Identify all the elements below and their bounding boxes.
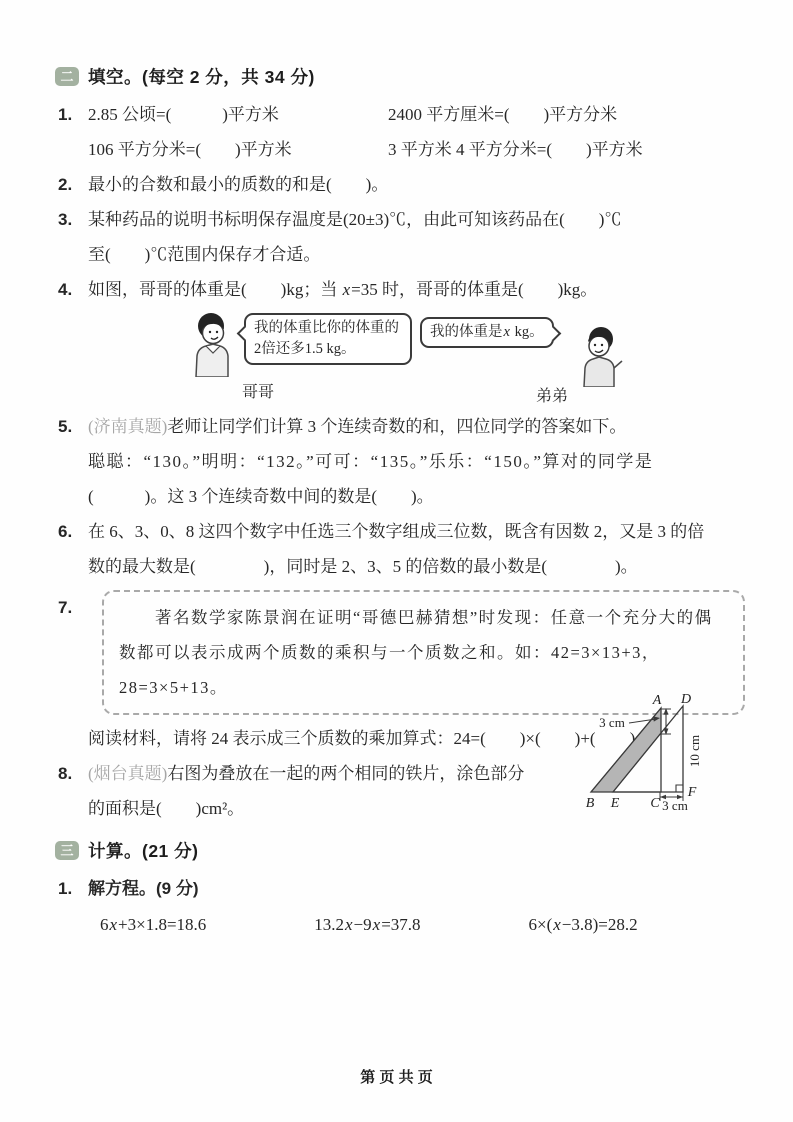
question-1-number: 1. xyxy=(58,97,72,132)
vertex-label-b: B xyxy=(586,796,595,811)
question-4-text: 如图，哥哥的体重是( )kg；当 x=35 时，哥哥的体重是( )kg。 xyxy=(88,272,747,307)
overlapping-triangles-figure: A D B E C F 3 cm 10 cm 3 cm xyxy=(585,694,743,812)
vertex-label-c: C xyxy=(650,796,660,811)
question-5-line-3: ( )。这 3 个连续奇数中间的数是( )。 xyxy=(88,479,747,514)
calc-question-1-number: 1. xyxy=(58,871,72,906)
calc-section-title: 计算。(21 分) xyxy=(88,838,198,863)
equations-row: 6x+3×1.8=18.6 13.2x−9x=37.8 6×(x−3.8)=28… xyxy=(100,906,747,944)
vertex-label-f: F xyxy=(687,785,697,800)
page-footer: 第 页 共 页 xyxy=(0,1066,793,1087)
question-1: 1. 2.85 公顷=( )平方米 2400 平方厘米=( )平方分米 106 … xyxy=(55,97,747,167)
dimension-ap: 3 cm xyxy=(599,715,625,730)
equation-1: 6x+3×1.8=18.6 xyxy=(100,906,310,944)
older-brother-speech-bubble: 我的体重比你的体重的2倍还多1.5 kg。 xyxy=(244,313,412,365)
question-6-line-2: 数的最大数是( )，同时是 2、3、5 的倍数的最小数是( )。 xyxy=(88,549,747,584)
calc-section-header: 三 计算。(21 分) xyxy=(55,838,747,863)
question-2-number: 2. xyxy=(58,167,72,202)
question-5: 5. (济南真题)老师让同学们计算 3 个连续奇数的和，四位同学的答案如下。 聪… xyxy=(55,409,747,514)
question-4: 4. 如图，哥哥的体重是( )kg；当 x=35 时，哥哥的体重是( )kg。 … xyxy=(55,272,747,407)
worksheet-page: 二 填空。(每空 2 分，共 34 分) 1. 2.85 公顷=( )平方米 2… xyxy=(0,0,793,1122)
question-3-number: 3. xyxy=(58,202,72,237)
question-1-row-1: 2.85 公顷=( )平方米 2400 平方厘米=( )平方分米 xyxy=(88,97,747,132)
vertex-label-e: E xyxy=(610,796,620,811)
question-6: 6. 在 6、3、0、8 这四个数字中任选三个数字组成三位数，既含有因数 2，又… xyxy=(55,514,747,584)
fill-section-header: 二 填空。(每空 2 分，共 34 分) xyxy=(55,64,747,89)
older-brother-speech-text: 我的体重比你的体重的2倍还多1.5 kg。 xyxy=(254,320,399,357)
question-8-source-tag: (烟台真题) xyxy=(88,764,167,783)
question-6-line-1: 在 6、3、0、8 这四个数字中任选三个数字组成三位数，既含有因数 2，又是 3… xyxy=(88,514,747,549)
question-5-line-1: (济南真题)老师让同学们计算 3 个连续奇数的和，四位同学的答案如下。 xyxy=(88,409,747,444)
fill-section-title: 填空。(每空 2 分，共 34 分) xyxy=(88,64,315,89)
dimension-cf: 3 cm xyxy=(662,798,688,812)
question-4-number: 4. xyxy=(58,272,72,307)
older-brother-label: 哥哥 xyxy=(242,379,274,402)
younger-brother-speech-text: 我的体重是x kg。 xyxy=(430,324,544,340)
dimension-df: 10 cm xyxy=(687,735,702,767)
q1-item-2: 2400 平方厘米=( )平方分米 xyxy=(388,97,617,132)
speech-tail-right xyxy=(545,326,561,342)
question-8-text-1: 右图为叠放在一起的两个相同的铁片，涂色部分 xyxy=(167,764,524,783)
question-5-text-1: 老师让同学们计算 3 个连续奇数的和，四位同学的答案如下。 xyxy=(167,417,626,436)
equation-3: 6×(x−3.8)=28.2 xyxy=(529,906,638,944)
question-5-number: 5. xyxy=(58,409,72,444)
vertex-label-d: D xyxy=(680,694,691,707)
older-brother-avatar xyxy=(184,311,238,382)
q1-item-4: 3 平方米 4 平方分米=( )平方米 xyxy=(388,132,643,167)
younger-brother-avatar xyxy=(576,325,626,392)
question-6-number: 6. xyxy=(58,514,72,549)
question-2: 2. 最小的合数和最小的质数的和是( )。 xyxy=(55,167,747,202)
speech-tail-left xyxy=(237,326,253,342)
section-badge-2: 二 xyxy=(55,67,79,86)
question-7-number: 7. xyxy=(58,590,72,625)
question-8-number: 8. xyxy=(58,756,72,791)
q1-item-1: 2.85 公顷=( )平方米 xyxy=(88,97,388,132)
question-3-line-2: 至( )℃范围内保存才合适。 xyxy=(88,237,747,272)
question-8-line-1: (烟台真题)右图为叠放在一起的两个相同的铁片，涂色部分 xyxy=(88,756,608,791)
vertex-label-a: A xyxy=(652,694,662,708)
question-3-line-1: 某种药品的说明书标明保存温度是(20±3)℃，由此可知该药品在( )℃ xyxy=(88,202,747,237)
question-5-line-2: 聪聪：“130。”明明：“132。”可可：“135。”乐乐：“150。”算对的同… xyxy=(88,444,747,479)
section-badge-3: 三 xyxy=(55,841,79,860)
calc-question-1: 1. 解方程。(9 分) 6x+3×1.8=18.6 13.2x−9x=37.8… xyxy=(55,871,747,944)
question-3: 3. 某种药品的说明书标明保存温度是(20±3)℃，由此可知该药品在( )℃ 至… xyxy=(55,202,747,272)
question-1-row-2: 106 平方分米=( )平方米 3 平方米 4 平方分米=( )平方米 xyxy=(88,132,747,167)
younger-brother-speech-bubble: 我的体重是x kg。 xyxy=(420,317,554,348)
equation-2: 13.2x−9x=37.8 xyxy=(314,906,524,944)
q1-item-3: 106 平方分米=( )平方米 xyxy=(88,132,388,167)
question-5-source-tag: (济南真题) xyxy=(88,417,167,436)
question-4-illustration: 我的体重比你的体重的2倍还多1.5 kg。 我的体重是x kg。 哥哥 xyxy=(184,311,654,407)
question-2-text: 最小的合数和最小的质数的和是( )。 xyxy=(88,167,747,202)
younger-brother-label: 弟弟 xyxy=(536,383,568,406)
solve-equations-title: 解方程。(9 分) xyxy=(88,871,747,906)
question-8-line-2: 的面积是( )cm²。 xyxy=(88,791,608,826)
